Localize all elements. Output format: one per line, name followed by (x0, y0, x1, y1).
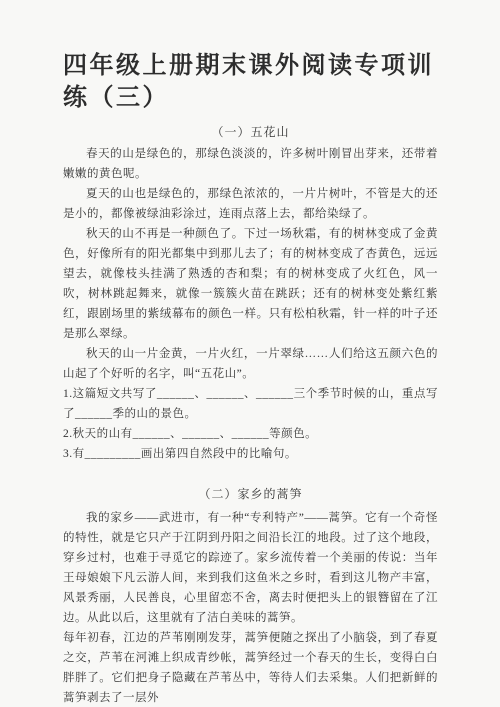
section-haosun: （二）家乡的蒿笋 我的家乡——武进市，有一种“专利特产”——蒿笋。它有一个奇怪的… (63, 484, 438, 707)
paragraph: 秋天的山不再是一种颜色了。下过一场秋霜，有的树林变成了金黄色，好像所有的阳光都集… (63, 224, 438, 344)
section-wuhuashan: （一）五花山 春天的山是绿色的，那绿色淡淡的，许多树叶刚冒出芽来，还带着嫩嫩的黄… (63, 122, 438, 464)
document-page: 四年级上册期末课外阅读专项训练（三） （一）五花山 春天的山是绿色的，那绿色淡淡… (0, 0, 500, 707)
question-line-1: 1.这篇短文共写了______、______、______三个季节时候的山，重点… (63, 384, 438, 424)
paragraph: 每年初春，江边的芦苇刚刚发芽，蒿笋便随之探出了小脑袋，到了春夏之交，芦苇在河滩上… (63, 628, 438, 707)
paragraph: 秋天的山一片金黄，一片火红，一片翠绿……人们给这五颜六色的山起了个好听的名字，叫… (63, 344, 438, 384)
question-line-3: 3.有_________画出第四自然段中的比喻句。 (63, 444, 438, 464)
question-line-2: 2.秋天的山有______、______、______等颜色。 (63, 424, 438, 444)
document-title: 四年级上册期末课外阅读专项训练（三） (63, 50, 438, 114)
paragraph: 我的家乡——武进市，有一种“专利特产”——蒿笋。它有一个奇怪的特性，就是它只产于… (63, 508, 438, 628)
paragraph: 春天的山是绿色的，那绿色淡淡的，许多树叶刚冒出芽来，还带着嫩嫩的黄色呢。 (63, 144, 438, 184)
section-2-heading: （二）家乡的蒿笋 (63, 484, 438, 504)
paragraph: 夏天的山也是绿色的，那绿色浓浓的，一片片树叶，不管是大的还是小的，都像被绿油彩涂… (63, 184, 438, 224)
section-1-heading: （一）五花山 (63, 122, 438, 142)
